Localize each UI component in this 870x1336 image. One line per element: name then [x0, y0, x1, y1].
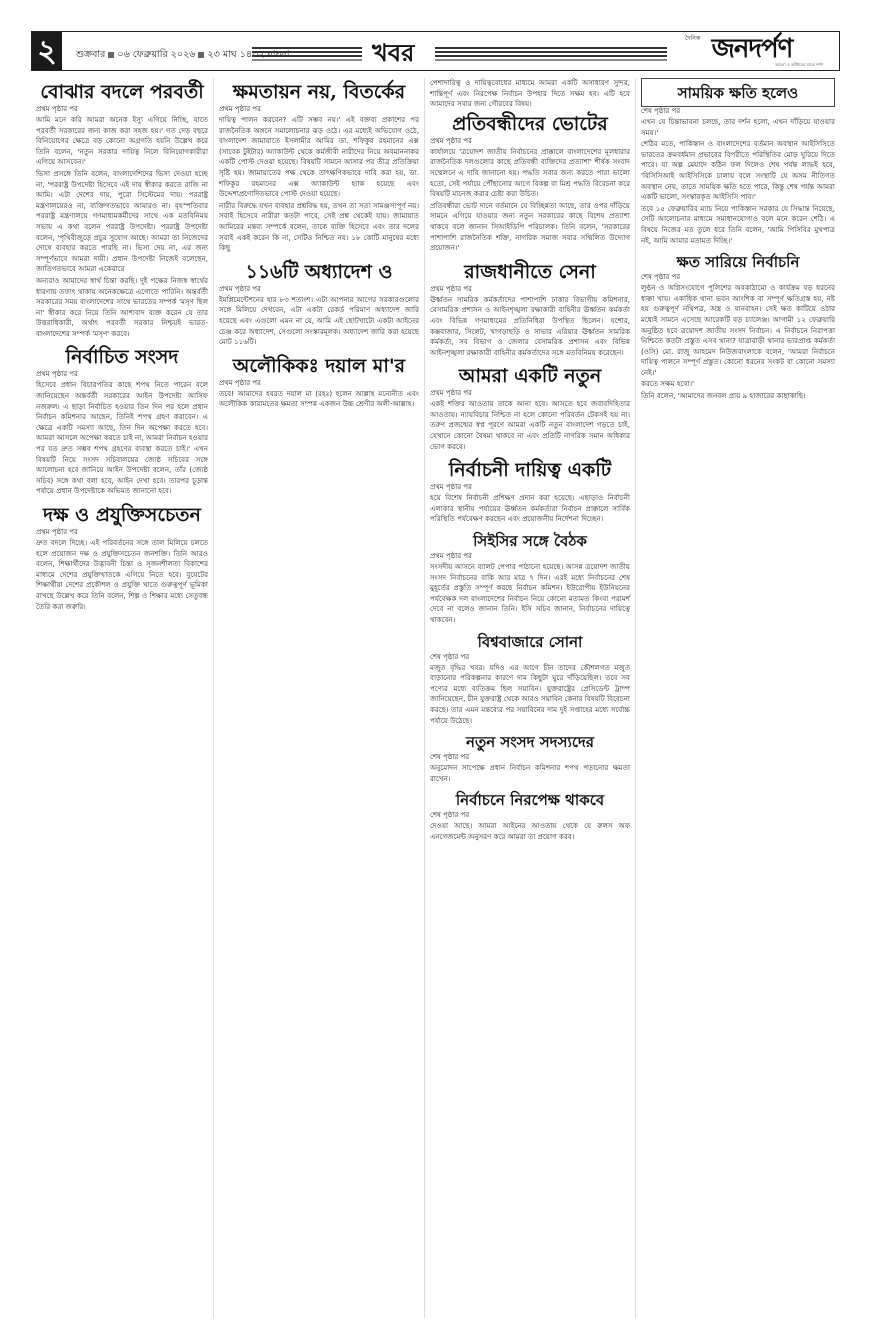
article-samayik-khoti: সাময়িক ক্ষতি হলেও শেষ পৃষ্ঠার পর এখন যে…: [641, 78, 835, 246]
column-3: পেশাদারিত্ব ও দায়িত্ববোধের মাধ্যমে আমরা…: [425, 78, 636, 1318]
headline: নির্বাচনে নিরপেক্ষ থাকবে: [430, 790, 630, 810]
jump-line: শেষ পৃষ্ঠার পর: [430, 811, 630, 820]
column-2: ক্ষমতায়ন নয়, বিতর্কের প্রথম পৃষ্ঠার পর…: [214, 78, 425, 1318]
article-khomotayon: ক্ষমতায়ন নয়, বিতর্কের প্রথম পৃষ্ঠার পর…: [219, 80, 419, 254]
article-khoto-sariye: ক্ষত সারিয়ে নির্বাচনি শেষ পৃষ্ঠার পর লু…: [641, 252, 835, 402]
article-bojhar-bodole: বোঝার বদলে পরবর্তী প্রথম পৃষ্ঠার পর আমি …: [36, 80, 208, 339]
brand-tagline: আলো ও আঁধারের মাঝে দর্পণ: [775, 62, 823, 69]
jump-line: প্রথম পৃষ্ঠার পর: [430, 552, 630, 561]
article-dokkho-projukti: দক্ষ ও প্রযুক্তিসচেতন প্রথম পৃষ্ঠার পর দ…: [36, 503, 208, 612]
jump-line: শেষ পৃষ্ঠার পর: [641, 107, 835, 116]
article-protidwondider-voter: পেশাদারিত্ব ও দায়িত্ববোধের মাধ্যমে আমরা…: [430, 78, 630, 254]
separator-square-icon: [198, 52, 204, 58]
headline: প্রতিবন্ধীদের ভোটের: [430, 112, 630, 136]
article-nirbachito-songsod: নির্বাচিত সংসদ প্রথম পৃষ্ঠার পর হিসেবে প…: [36, 345, 208, 497]
jump-line: শেষ পৃষ্ঠার পর: [641, 273, 835, 282]
jump-line: প্রথম পৃষ্ঠার পর: [219, 105, 419, 114]
jump-line: প্রথম পৃষ্ঠার পর: [36, 370, 208, 379]
article-body: দায়িত্ব পালন করবেন? এটি সম্ভব নয়।' এই …: [219, 115, 419, 254]
article-body: তবে! আমাদের হযরত দয়াল মা (রহঃ) হলেন আল্…: [219, 389, 419, 410]
headline-box: সাময়িক ক্ষতি হলেও: [641, 78, 835, 107]
article-rajdhanite-sena: রাজধানীতে সেনা প্রথম পৃষ্ঠার পর ঊর্ধ্বতন…: [430, 260, 630, 359]
article-sisir-songe-boithok: সিইসির সঙ্গে বৈঠক প্রথম পৃষ্ঠার পর সংসদী…: [430, 531, 630, 626]
jump-line: প্রথম পৃষ্ঠার পর: [219, 285, 419, 294]
article-body: কার্যালয়ে 'ত্রয়োদশ জাতীয় নির্বাচনের প…: [430, 147, 630, 254]
article-body: দ্রুত বদলে দিচ্ছে। এই পরিবর্তনের সঙ্গে ত…: [36, 538, 208, 612]
headline: ১১৬টি অধ্যাদেশ ও: [219, 260, 419, 284]
article-body: একই শক্তির আওতায় তাকে আনা হবে। আসতে হবে…: [430, 399, 630, 452]
article-body: ইমপ্লিমেন্টেশনের হার ৮৩ শতাংশ। এটা আপনার…: [219, 295, 419, 348]
article-nirbachone-nirpekkho: নির্বাচনে নিরপেক্ষ থাকবে শেষ পৃষ্ঠার পর …: [430, 790, 630, 842]
article-116ti-oddhyadesh: ১১৬টি অধ্যাদেশ ও প্রথম পৃষ্ঠার পর ইমপ্লি…: [219, 260, 419, 348]
article-bishwobajare-sona: বিশ্ববাজারে সোনা শেষ পৃষ্ঠার পর মজুত বৃদ…: [430, 632, 630, 727]
column-4: সাময়িক ক্ষতি হলেও শেষ পৃষ্ঠার পর এখন যে…: [636, 78, 840, 1318]
jump-line: প্রথম পৃষ্ঠার পর: [430, 285, 630, 294]
jump-line: শেষ পৃষ্ঠার পর: [430, 753, 630, 762]
jump-line: শেষ পৃষ্ঠার পর: [430, 653, 630, 662]
article-notun-songsod-sodosso: নতুন সংসদ সদস্যদের শেষ পৃষ্ঠার পর অনুমোদ…: [430, 732, 630, 784]
decorative-rules-left: [252, 47, 362, 61]
headline: বিশ্ববাজারে সোনা: [430, 632, 630, 652]
jump-line: প্রথম পৃষ্ঠার পর: [36, 528, 208, 537]
separator-square-icon: [108, 52, 114, 58]
brand-logo: দৈনিক জনদর্পণ আলো ও আঁধারের মাঝে দর্পণ: [677, 32, 827, 70]
article-body: লুণ্ঠন ও অগ্নিসংযোগে পুলিশের অবকাঠামো ও …: [641, 283, 835, 402]
jump-line: প্রথম পৃষ্ঠার পর: [430, 389, 630, 398]
brand-prefix: দৈনিক: [685, 33, 700, 44]
headline: দক্ষ ও প্রযুক্তিসচেতন: [36, 503, 208, 527]
headline: অলৌকিকঃ দয়াল মা'র: [219, 354, 419, 378]
article-body: সংসদীয় আসনে ব্যালট পেপার পাঠানো হয়েছে।…: [430, 562, 630, 626]
headline: বোঝার বদলে পরবর্তী: [36, 80, 208, 104]
jump-line: প্রথম পৃষ্ঠার পর: [430, 137, 630, 146]
article-body: ঊর্ধ্বতন সামরিক কর্মকর্তাদের পাশাপাশি ঢা…: [430, 295, 630, 359]
article-columns: বোঝার বদলে পরবর্তী প্রথম পৃষ্ঠার পর আমি …: [31, 78, 840, 1318]
article-amra-ekti-notun: আমরা একটি নতুন প্রথম পৃষ্ঠার পর একই শক্ত…: [430, 364, 630, 452]
article-body: এখন যে চিন্তাভাবনা চলছে, তার দর্শন হলো, …: [641, 117, 835, 246]
headline: নির্বাচনী দায়িত্ব একটি: [430, 458, 630, 482]
article-body: দেওয়া আছে। আমরা আইনের আওতায় থেকে যে রু…: [430, 821, 630, 842]
masthead: ২ শুক্রবার০৬ ফেব্রুয়ারি ২০২৬২৩ মাঘ ১৪৩২…: [31, 31, 840, 71]
headline: নতুন সংসদ সদস্যদের: [430, 732, 630, 752]
headline: ক্ষমতায়ন নয়, বিতর্কের: [219, 80, 419, 104]
section-title: খবর: [372, 35, 414, 75]
article-body-lead: পেশাদারিত্ব ও দায়িত্ববোধের মাধ্যমে আমরা…: [430, 78, 630, 110]
jump-line: প্রথম পৃষ্ঠার পর: [36, 105, 208, 114]
headline: আমরা একটি নতুন: [430, 364, 630, 388]
article-nirbachoni-dayitto: নির্বাচনী দায়িত্ব একটি প্রথম পৃষ্ঠার পর…: [430, 458, 630, 525]
column-1: বোঝার বদলে পরবর্তী প্রথম পৃষ্ঠার পর আমি …: [31, 78, 214, 1318]
headline: সিইসির সঙ্গে বৈঠক: [430, 531, 630, 551]
date-label: ০৬ ফেব্রুয়ারি ২০২৬: [117, 49, 195, 60]
article-body: আমি মনে করি আমরা অনেক ইস্যু এগিয়ে নিচ্ছ…: [36, 115, 208, 339]
headline: ক্ষত সারিয়ে নির্বাচনি: [641, 252, 835, 272]
article-aloukik-doyal-ma: অলৌকিকঃ দয়াল মা'র প্রথম পৃষ্ঠার পর তবে!…: [219, 354, 419, 410]
article-body: অনুমোদন সাপেক্ষে প্রধান নির্বাচন কমিশনার…: [430, 763, 630, 784]
jump-line: প্রথম পৃষ্ঠার পর: [430, 483, 630, 492]
decorative-rules-right: [435, 47, 667, 61]
article-body: হয়ে বিশেষ নির্বাচনী প্রশিক্ষণ প্রদান কর…: [430, 493, 630, 525]
headline: রাজধানীতে সেনা: [430, 260, 630, 284]
day-label: শুক্রবার: [76, 49, 105, 60]
article-body: মজুত বৃদ্ধির খবর। যদিও এর আগে চীন তাদের …: [430, 663, 630, 727]
jump-line: প্রথম পৃষ্ঠার পর: [219, 379, 419, 388]
article-body: হিসেবে প্রধান বিচারপতির কাছে শপথ নিতে পা…: [36, 380, 208, 497]
headline: সাময়িক ক্ষতি হলেও: [644, 83, 832, 103]
page-number: ২: [32, 32, 62, 70]
headline: নির্বাচিত সংসদ: [36, 345, 208, 369]
